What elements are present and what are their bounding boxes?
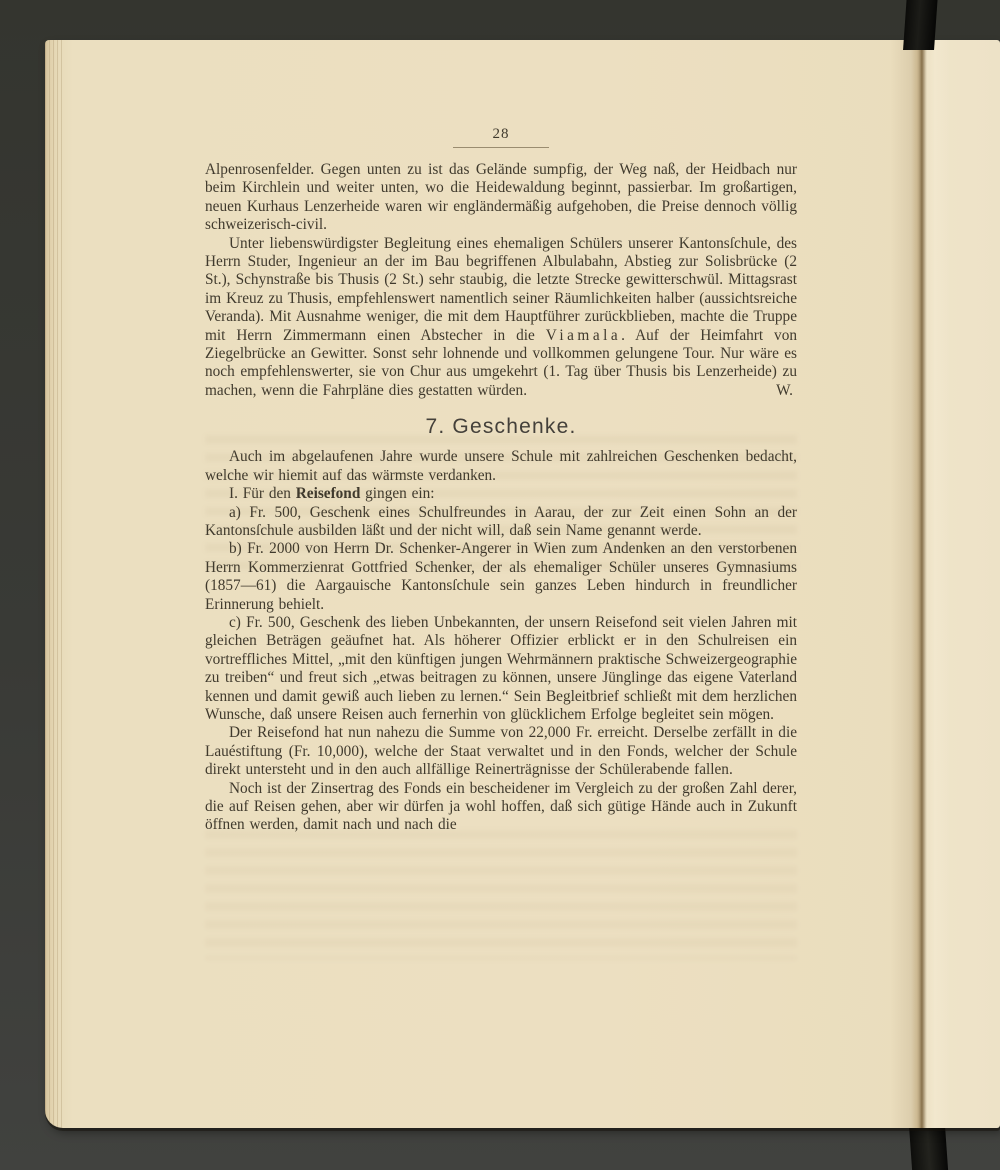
section-heading-geschenke: 7. Geschenke. bbox=[205, 415, 797, 439]
page-gutter-fold bbox=[890, 40, 950, 1128]
page-number: 28 bbox=[205, 126, 797, 143]
paragraph-fund-total: Der Reisefond hat nun nahezu die Summe v… bbox=[205, 724, 797, 779]
paragraph-gift-b: b) Fr. 2000 von Herrn Dr. Schenker-Anger… bbox=[205, 540, 797, 614]
ink-bleedthrough-texture bbox=[205, 830, 797, 960]
paragraph-fund-outlook: Noch ist der Zinsertrag des Fonds ein be… bbox=[205, 780, 797, 835]
page-number-rule bbox=[453, 147, 549, 148]
paragraph-intro-geschenke: Auch im abgelaufenen Jahre wurde unsere … bbox=[205, 448, 797, 485]
paragraph-alpenrosenfelder: Alpenrosenfelder. Gegen unten zu ist das… bbox=[205, 161, 797, 235]
paragraph-text: gingen ein: bbox=[360, 485, 434, 502]
paragraph-reisefond-lead: I. Für den Reisefond gingen ein: bbox=[205, 485, 797, 503]
paragraph-text: I. Für den bbox=[229, 485, 296, 502]
paragraph-tour-report: Unter liebenswürdigster Begleitung eines… bbox=[205, 235, 797, 401]
spaced-word-viamala: Viamala bbox=[546, 327, 621, 344]
bold-word-reisefond: Reisefond bbox=[296, 485, 361, 502]
paragraph-gift-a: a) Fr. 500, Geschenk eines Schulfreundes… bbox=[205, 504, 797, 541]
paragraph-gift-c: c) Fr. 500, Geschenk des lieben Unbekann… bbox=[205, 614, 797, 724]
bookmark-ribbon-top bbox=[903, 0, 938, 50]
page-content: 28 Alpenrosenfelder. Gegen unten zu ist … bbox=[205, 126, 797, 835]
book-page: 28 Alpenrosenfelder. Gegen unten zu ist … bbox=[45, 40, 1000, 1128]
author-initial: W. bbox=[752, 382, 793, 400]
